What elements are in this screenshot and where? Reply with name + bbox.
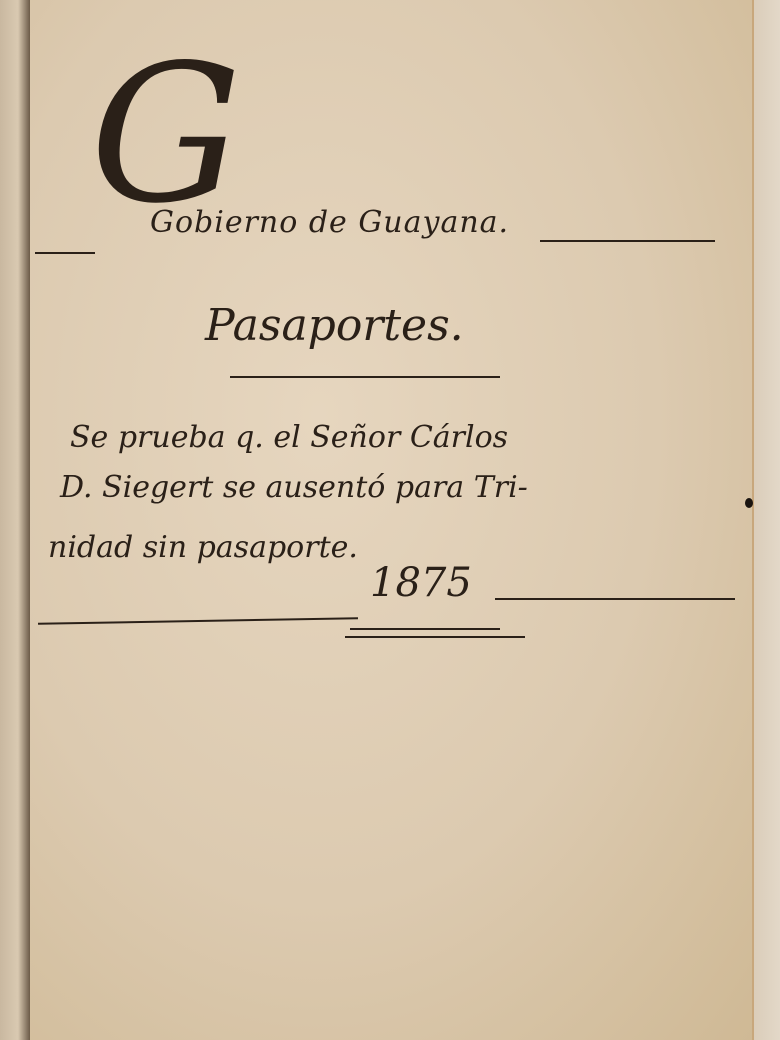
closing-rule-1 bbox=[350, 628, 500, 630]
body-line-3: nidad sin pasaporte. bbox=[48, 530, 358, 565]
heading-title: Pasaportes. bbox=[205, 300, 464, 351]
heading-underline bbox=[230, 376, 500, 378]
year-rule-left bbox=[38, 617, 358, 625]
decorative-capital-g: G bbox=[90, 40, 242, 230]
header-rule-right bbox=[540, 240, 715, 242]
document-page: G Gobierno de Guayana. Pasaportes. Se pr… bbox=[30, 0, 754, 1040]
closing-rule-2 bbox=[345, 636, 525, 638]
ink-blot bbox=[745, 498, 753, 508]
adjacent-page-edge bbox=[0, 0, 30, 1040]
header-title: Gobierno de Guayana. bbox=[150, 205, 509, 240]
year: 1875 bbox=[370, 560, 472, 606]
year-rule-right bbox=[495, 598, 735, 600]
body-line-1: Se prueba q. el Señor Cárlos bbox=[70, 420, 508, 455]
header-rule-left bbox=[35, 252, 95, 254]
body-line-2: D. Siegert se ausentó para Tri- bbox=[60, 470, 528, 505]
